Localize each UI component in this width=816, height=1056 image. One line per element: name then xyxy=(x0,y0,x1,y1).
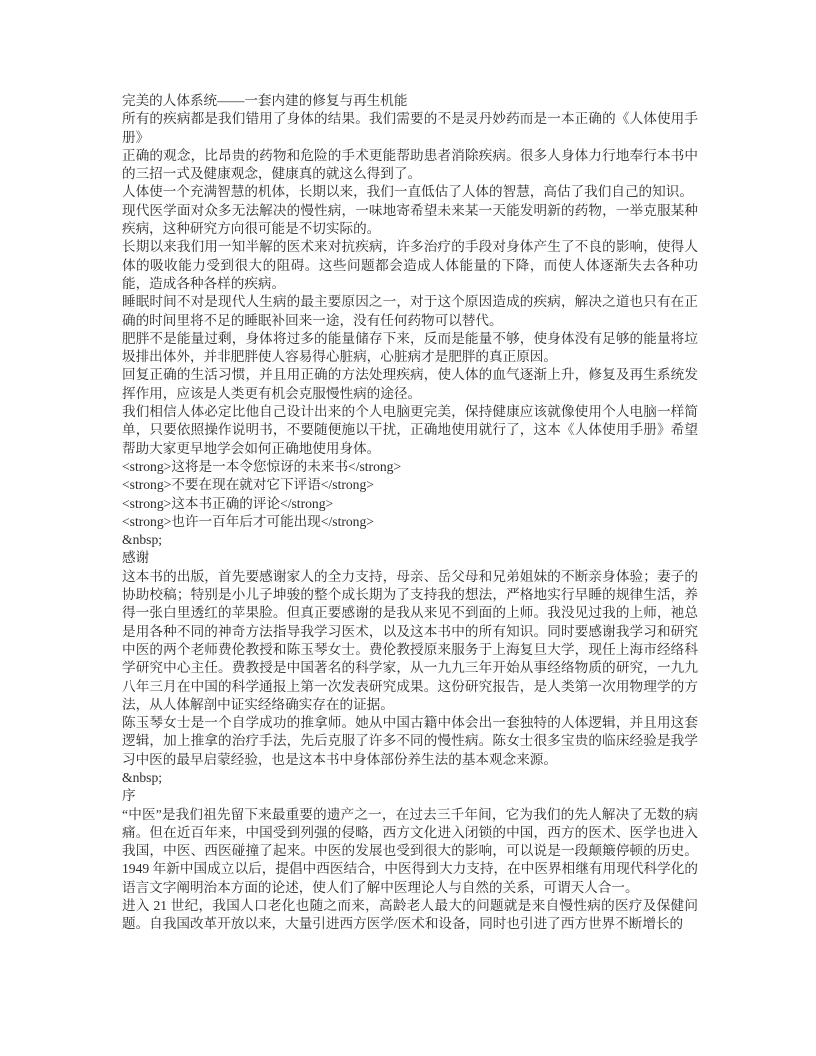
paragraph: 回复正确的生活习惯，并且用正确的方法处理疾病，使人体的血气逐渐上升，修复及再生系… xyxy=(122,366,698,403)
strong-markup-line: <strong>这本书正确的评论</strong> xyxy=(122,495,698,513)
document-page: 完美的人体系统——一套内建的修复与再生机能 所有的疾病都是我们错用了身体的结果。… xyxy=(0,0,816,1056)
paragraph: “中医”是我们祖先留下来最重要的遗产之一，在过去三千年间，它为我们的先人解决了无… xyxy=(122,806,698,897)
strong-markup-line: <strong>不要在现在就对它下评语</strong> xyxy=(122,476,698,494)
paragraph: 所有的疾病都是我们错用了身体的结果。我们需要的不是灵丹妙药而是一本正确的《人体使… xyxy=(122,110,698,147)
paragraph: 人体使一个充满智慧的机体，长期以来，我们一直低估了人体的智慧，高估了我们自己的知… xyxy=(122,183,698,201)
paragraph: 睡眠时间不对是现代人生病的最主要原因之一，对于这个原因造成的疾病，解决之道也只有… xyxy=(122,293,698,330)
strong-markup-line: <strong>这将是一本令您惊讶的未来书</strong> xyxy=(122,458,698,476)
section-heading-preface: 序 xyxy=(122,787,698,805)
paragraph: 现代医学面对众多无法解决的慢性病，一味地寄希望未来某一天能发明新的药物，一举克服… xyxy=(122,202,698,239)
paragraph: 正确的观念，比昂贵的药物和危险的手术更能帮助患者消除疾病。很多人身体力行地奉行本… xyxy=(122,147,698,184)
paragraph: 陈玉琴女士是一个自学成功的推拿师。她从中国古籍中体会出一套独特的人体逻辑，并且用… xyxy=(122,714,698,769)
strong-markup-line: <strong>也许一百年后才可能出现</strong> xyxy=(122,513,698,531)
paragraph: 我们相信人体必定比他自己设计出来的个人电脑更完美，保持健康应该就像使用个人电脑一… xyxy=(122,403,698,458)
paragraph: 这本书的出版，首先要感谢家人的全力支持，母亲、岳父母和兄弟姐妹的不断亲身体验；妻… xyxy=(122,568,698,714)
paragraph: 进入 21 世纪，我国人口老化也随之而来，高龄老人最大的问题就是来自慢性病的医疗… xyxy=(122,897,698,934)
document-title-line: 完美的人体系统——一套内建的修复与再生机能 xyxy=(122,92,698,110)
nbsp-literal-line: &nbsp; xyxy=(122,531,698,549)
paragraph: 长期以来我们用一知半解的医术来对抗疾病，许多治疗的手段对身体产生了不良的影响，使… xyxy=(122,238,698,293)
nbsp-literal-line: &nbsp; xyxy=(122,769,698,787)
text-block: 完美的人体系统——一套内建的修复与再生机能 所有的疾病都是我们错用了身体的结果。… xyxy=(122,92,698,934)
section-heading-acknowledgements: 感谢 xyxy=(122,549,698,567)
paragraph: 肥胖不是能量过剩，身体将过多的能量储存下来，反而是能量不够，使身体没有足够的能量… xyxy=(122,330,698,367)
